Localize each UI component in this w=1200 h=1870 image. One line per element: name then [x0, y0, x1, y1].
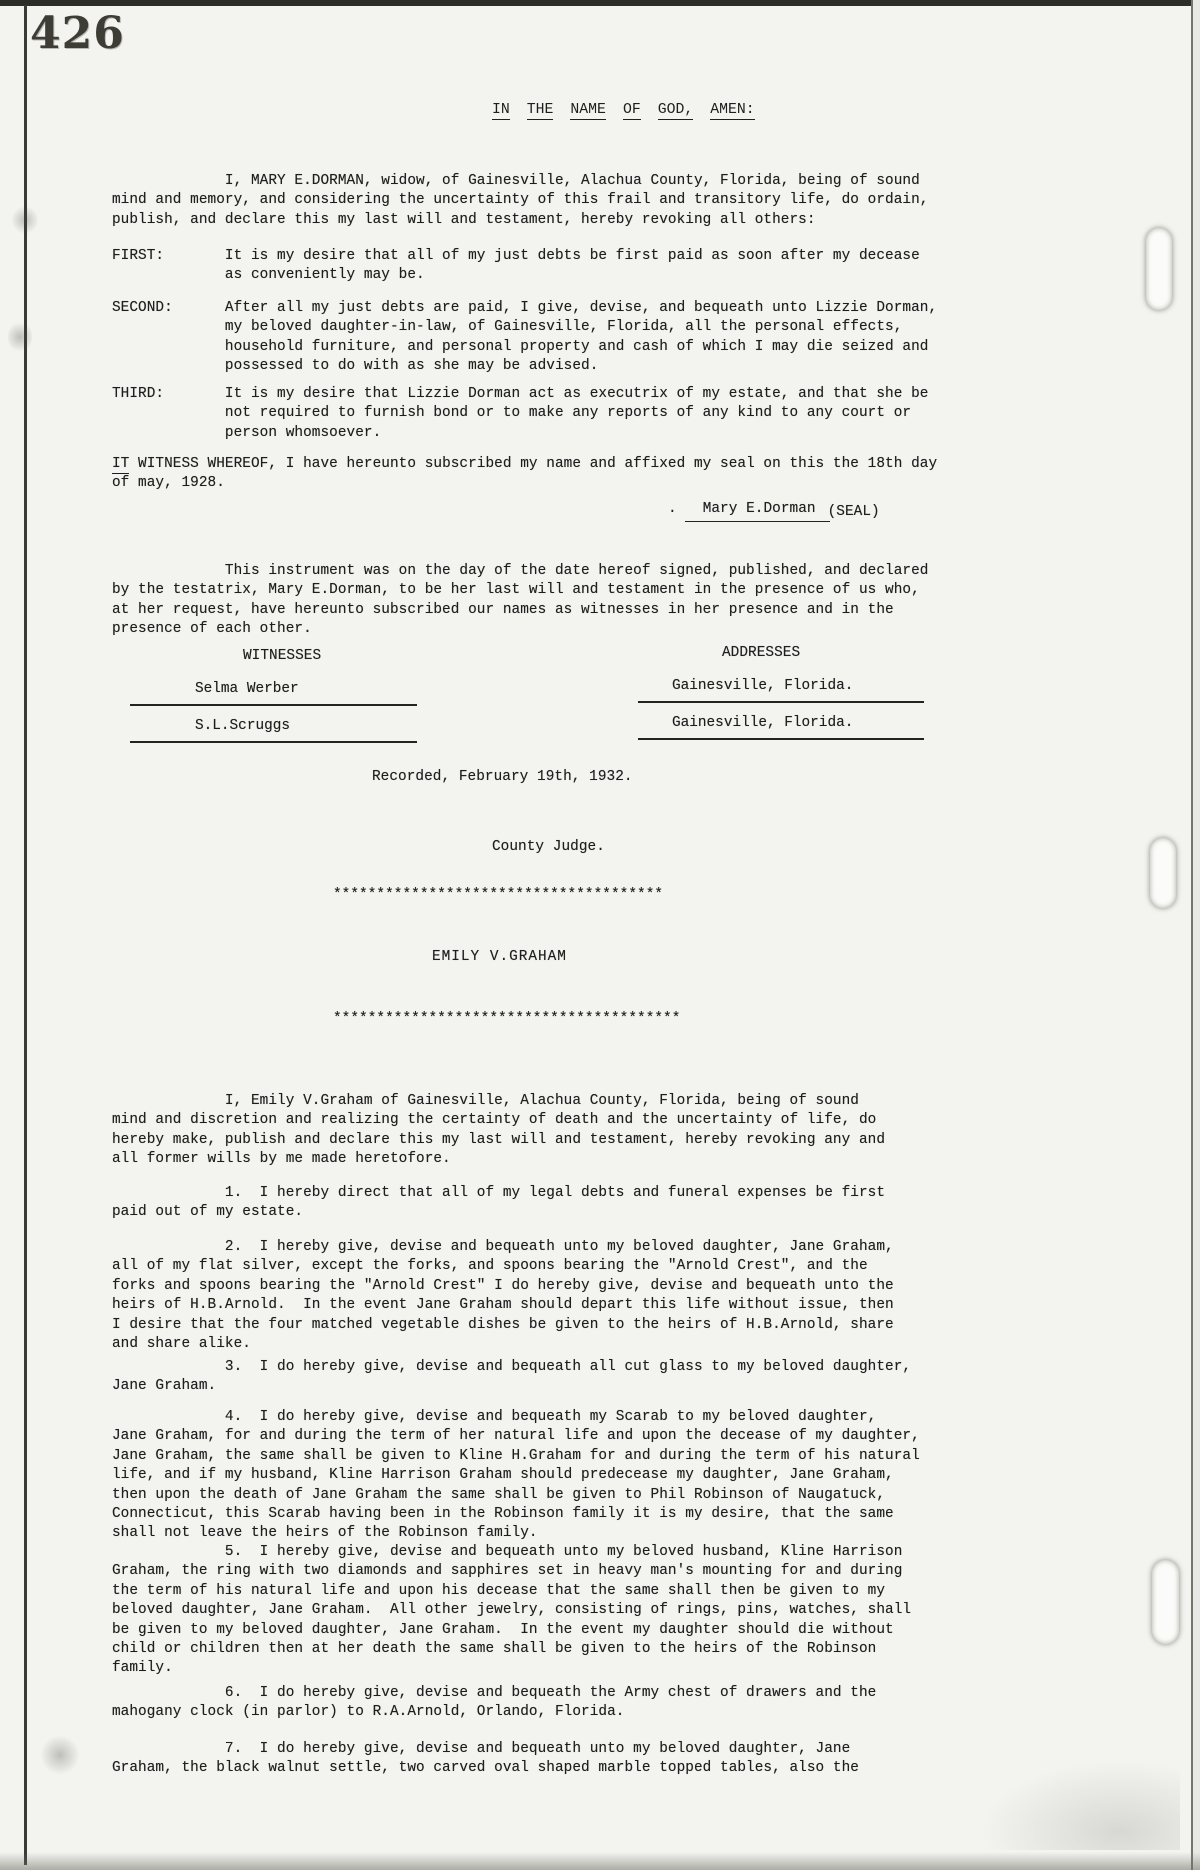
witnesses-header: WITNESSES [243, 647, 321, 666]
attestation-paragraph: This instrument was on the day of the da… [112, 562, 928, 640]
seal-label: (SEAL) [828, 503, 880, 522]
title-word: OF [623, 102, 641, 120]
witness-name: Selma Werber [130, 681, 417, 706]
testatrix-signature: Mary E.Dorman [685, 500, 830, 522]
graham-item-4: 4. I do hereby give, devise and bequeath… [112, 1408, 920, 1544]
clause-third: THIRD: It is my desire that Lizzie Dorma… [112, 385, 928, 443]
document-title: INTHENAMEOFGOD,AMEN: [492, 102, 755, 120]
binder-hole-2 [1150, 838, 1176, 908]
page-edge-bottom [0, 1852, 1200, 1870]
testimonium-lead: IT [112, 456, 129, 474]
signature-line: · Mary E.Dorman (SEAL) [668, 500, 880, 522]
page-number: 426 [30, 8, 125, 59]
clause-first: FIRST: It is my desire that all of my ju… [112, 247, 920, 286]
graham-item-3: 3. I do hereby give, devise and bequeath… [112, 1358, 911, 1397]
title-word: THE [527, 102, 554, 120]
title-word: GOD, [658, 102, 694, 120]
margin-smudge [12, 205, 38, 235]
binder-hole-1 [1146, 228, 1172, 310]
witness-name: S.L.Scruggs [130, 718, 417, 743]
recorded-line: Recorded, February 19th, 1932. [372, 768, 633, 787]
binder-hole-3 [1152, 1560, 1179, 1644]
opening-paragraph: I, MARY E.DORMAN, widow, of Gainesville,… [112, 172, 928, 230]
margin-smudge [8, 320, 32, 354]
page-edge-right-strip [1193, 0, 1200, 1870]
county-judge-line: County Judge. [492, 838, 605, 857]
title-word: IN [492, 102, 510, 120]
addresses-header: ADDRESSES [722, 644, 800, 663]
second-will-heading: EMILY V.GRAHAM [432, 948, 567, 967]
bottom-corner-smudge [980, 1760, 1180, 1850]
asterisk-separator: ************************************** [333, 886, 663, 905]
witness-address: Gainesville, Florida. [638, 715, 924, 740]
testimonium-clause: IT WITNESS WHEREOF, I have hereunto subs… [112, 455, 937, 494]
margin-smudge [40, 1735, 80, 1775]
graham-opening-paragraph: I, Emily V.Graham of Gainesville, Alachu… [112, 1092, 885, 1170]
testimonium-rest: WITNESS WHEREOF, I have hereunto subscri… [112, 456, 937, 491]
page-edge-top [0, 0, 1200, 6]
asterisk-separator: **************************************** [333, 1010, 680, 1029]
witness-address: Gainesville, Florida. [638, 678, 924, 703]
signature-mark: · [668, 503, 677, 522]
title-word: NAME [570, 102, 606, 120]
scanned-will-page: 426 INTHENAMEOFGOD,AMEN: I, MARY E.DORMA… [0, 0, 1200, 1870]
clause-second: SECOND: After all my just debts are paid… [112, 299, 937, 377]
graham-item-2: 2. I hereby give, devise and bequeath un… [112, 1238, 894, 1354]
title-word: AMEN: [710, 102, 754, 120]
graham-item-6: 6. I do hereby give, devise and bequeath… [112, 1684, 876, 1723]
graham-item-5: 5. I hereby give, devise and bequeath un… [112, 1543, 911, 1679]
page-edge-right [1191, 0, 1193, 1870]
page-edge-left [24, 5, 27, 1865]
graham-item-1: 1. I hereby direct that all of my legal … [112, 1184, 885, 1223]
graham-item-7: 7. I do hereby give, devise and bequeath… [112, 1740, 859, 1779]
